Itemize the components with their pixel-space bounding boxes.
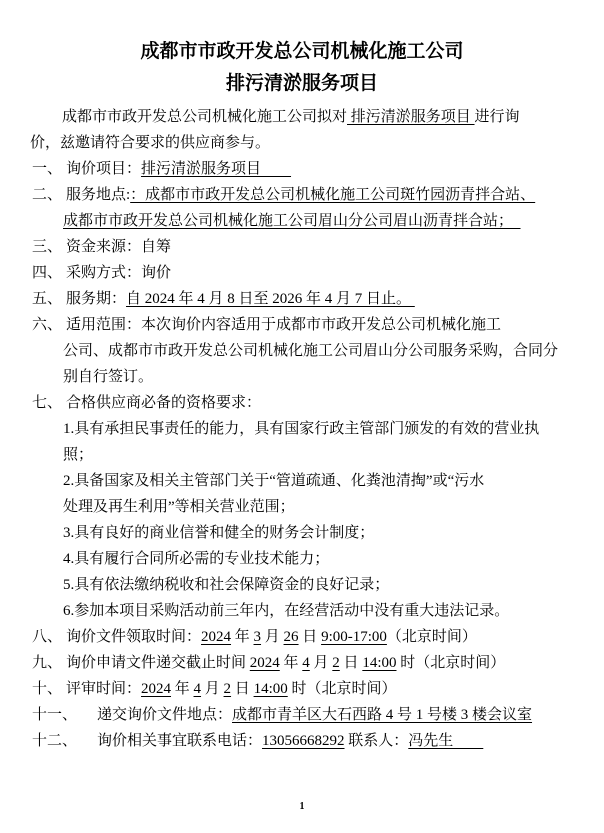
underlined-text: 14:00 — [362, 655, 396, 671]
text-line: 十、评审时间：2024 年 4 月 2 日 14:00 时（北京时间） — [0, 676, 604, 702]
text-line: 6.参加本项目采购活动前三年内，在经营活动中没有重大违法记录。 — [0, 598, 604, 624]
text-line: 成都市市政开发总公司机械化施工公司拟对 排污清淤服务项目 进行询 — [0, 104, 604, 130]
text-segment: 询价项目： — [66, 161, 141, 177]
text-segment: （北京时间） — [387, 629, 477, 645]
document-subtitle: 排污清淤服务项目 — [0, 68, 604, 100]
list-marker: 一、 — [32, 156, 62, 182]
text-segment: 处理及再生利用”等相关营业范围； — [63, 499, 295, 515]
page-number: 1 — [0, 801, 604, 812]
list-marker: 十二、 — [32, 728, 77, 754]
underlined-text: 14:00 — [254, 681, 288, 697]
underlined-text: 4 — [302, 655, 310, 671]
text-segment: 年 — [280, 655, 303, 671]
text-line: 二、服务地点:：成都市市政开发总公司机械化施工公司斑竹园沥青拌合站、 — [0, 182, 604, 208]
list-marker: 四、 — [32, 260, 62, 286]
text-segment: 递交询价文件地点： — [97, 707, 232, 723]
list-marker: 七、 — [32, 390, 62, 416]
list-marker: 三、 — [32, 234, 62, 260]
text-segment: 合格供应商必备的资格要求： — [66, 395, 261, 411]
underlined-text: 2 — [332, 655, 340, 671]
list-marker: 二、 — [32, 182, 62, 208]
text-segment: 4.具有履行合同所必需的专业技术能力； — [63, 551, 329, 567]
text-segment: 询价相关事宜联系电话： — [97, 733, 262, 749]
text-segment: 价，兹邀请符合要求的供应商参与。 — [30, 135, 270, 151]
underlined-text: 排污清淤服务项目 — [141, 161, 291, 177]
list-marker: 六、 — [32, 312, 62, 338]
underlined-text: 冯先生 — [408, 733, 483, 749]
text-line: 九、询价申请文件递交截止时间 2024 年 4 月 2 日 14:00 时（北京… — [0, 650, 604, 676]
text-line: 4.具有履行合同所必需的专业技术能力； — [0, 546, 604, 572]
text-line: 四、采购方式：询价 — [0, 260, 604, 286]
text-line: 2.具备国家及相关主管部门关于“管道疏通、化粪池清掏”或“污水 — [0, 468, 604, 494]
list-marker: 九、 — [32, 650, 62, 676]
underlined-text: 成都市市政开发总公司机械化施工公司眉山分公司眉山沥青拌合站； — [63, 213, 521, 229]
text-segment: 月 — [310, 655, 333, 671]
text-line: 十一、递交询价文件地点：成都市青羊区大石西路 4 号 1 号楼 3 楼会议室 — [0, 702, 604, 728]
text-segment: 公司、成都市市政开发总公司机械化施工公司眉山分公司服务采购，合同分 — [63, 343, 558, 359]
text-segment: 服务地点: — [66, 187, 130, 203]
text-segment: 日 — [340, 655, 363, 671]
text-segment: 年 — [231, 629, 254, 645]
document-body: 成都市市政开发总公司机械化施工公司拟对 排污清淤服务项目 进行询价，兹邀请符合要… — [0, 104, 604, 754]
text-line: 别自行签订。 — [0, 364, 604, 390]
underlined-text: 自 2024 年 4 月 8 日至 2026 年 4 月 7 日止。 — [126, 291, 415, 307]
text-segment: 询价申请文件递交截止时间 — [66, 655, 250, 671]
underlined-text: 2024 — [201, 629, 231, 645]
text-segment: 日 — [299, 629, 322, 645]
text-segment: 询价文件领取时间： — [66, 629, 201, 645]
text-line: 三、资金来源：自筹 — [0, 234, 604, 260]
text-segment: 采购方式：询价 — [66, 265, 171, 281]
underlined-text: 排污清淤服务项目 — [347, 109, 475, 125]
text-line: 六、适用范围：本次询价内容适用于成都市市政开发总公司机械化施工 — [0, 312, 604, 338]
document-page: 成都市市政开发总公司机械化施工公司 排污清淤服务项目 成都市市政开发总公司机械化… — [0, 0, 604, 833]
list-marker: 八、 — [32, 624, 62, 650]
list-marker: 十一、 — [32, 702, 77, 728]
text-line: 照； — [0, 442, 604, 468]
text-segment: 5.具有依法缴纳税收和社会保障资金的良好记录； — [63, 577, 389, 593]
text-line: 1.具有承担民事责任的能力，具有国家行政主管部门颁发的有效的营业执 — [0, 416, 604, 442]
text-line: 七、合格供应商必备的资格要求： — [0, 390, 604, 416]
text-line: 公司、成都市市政开发总公司机械化施工公司眉山分公司服务采购，合同分 — [0, 338, 604, 364]
text-line: 价，兹邀请符合要求的供应商参与。 — [0, 130, 604, 156]
text-line: 八、询价文件领取时间：2024 年 3 月 26 日 9:00-17:00（北京… — [0, 624, 604, 650]
text-segment: 照； — [63, 447, 93, 463]
text-segment: 成都市市政开发总公司机械化施工公司拟对 — [62, 109, 347, 125]
text-segment: 2.具备国家及相关主管部门关于“管道疏通、化粪池清掏”或“污水 — [63, 473, 484, 489]
text-segment: 适用范围：本次询价内容适用于成都市市政开发总公司机械化施工 — [66, 317, 501, 333]
text-segment: 联系人： — [345, 733, 409, 749]
text-segment: 时（北京时间） — [396, 655, 505, 671]
text-line: 处理及再生利用”等相关营业范围； — [0, 494, 604, 520]
underlined-text: 13056668292 — [262, 733, 345, 749]
underlined-text: 2024 — [250, 655, 280, 671]
underlined-text: ：成都市市政开发总公司机械化施工公司斑竹园沥青拌合站、 — [130, 187, 535, 203]
list-marker: 十、 — [32, 676, 62, 702]
text-segment: 6.参加本项目采购活动前三年内，在经营活动中没有重大违法记录。 — [63, 603, 509, 619]
text-line: 成都市市政开发总公司机械化施工公司眉山分公司眉山沥青拌合站； — [0, 208, 604, 234]
text-segment: 1.具有承担民事责任的能力，具有国家行政主管部门颁发的有效的营业执 — [63, 421, 539, 437]
text-line: 5.具有依法缴纳税收和社会保障资金的良好记录； — [0, 572, 604, 598]
underlined-text: 2024 — [141, 681, 171, 697]
list-marker: 五、 — [32, 286, 62, 312]
underlined-text: 2 — [224, 681, 232, 697]
text-segment: 资金来源：自筹 — [66, 239, 171, 255]
underlined-text: 成都市青羊区大石西路 4 号 1 号楼 3 楼会议室 — [232, 707, 532, 723]
text-line: 五、服务期：自 2024 年 4 月 8 日至 2026 年 4 月 7 日止。 — [0, 286, 604, 312]
underlined-text: 26 — [284, 629, 299, 645]
text-segment: 月 — [261, 629, 284, 645]
text-segment: 日 — [231, 681, 254, 697]
text-segment: 3.具有良好的商业信誉和健全的财务会计制度； — [63, 525, 374, 541]
document-title: 成都市市政开发总公司机械化施工公司 — [0, 36, 604, 68]
text-segment: 服务期： — [66, 291, 126, 307]
text-segment: 别自行签订。 — [63, 369, 153, 385]
underlined-text: 9:00-17:00 — [321, 629, 387, 645]
underlined-text: 4 — [194, 681, 202, 697]
text-segment: 时（北京时间） — [288, 681, 397, 697]
text-line: 十二、询价相关事宜联系电话：13056668292 联系人：冯先生 — [0, 728, 604, 754]
text-segment: 年 — [171, 681, 194, 697]
text-line: 3.具有良好的商业信誉和健全的财务会计制度； — [0, 520, 604, 546]
text-segment: 进行询 — [475, 109, 520, 125]
underlined-text: 3 — [254, 629, 262, 645]
text-segment: 月 — [201, 681, 224, 697]
text-segment: 评审时间： — [66, 681, 141, 697]
text-line: 一、询价项目：排污清淤服务项目 — [0, 156, 604, 182]
